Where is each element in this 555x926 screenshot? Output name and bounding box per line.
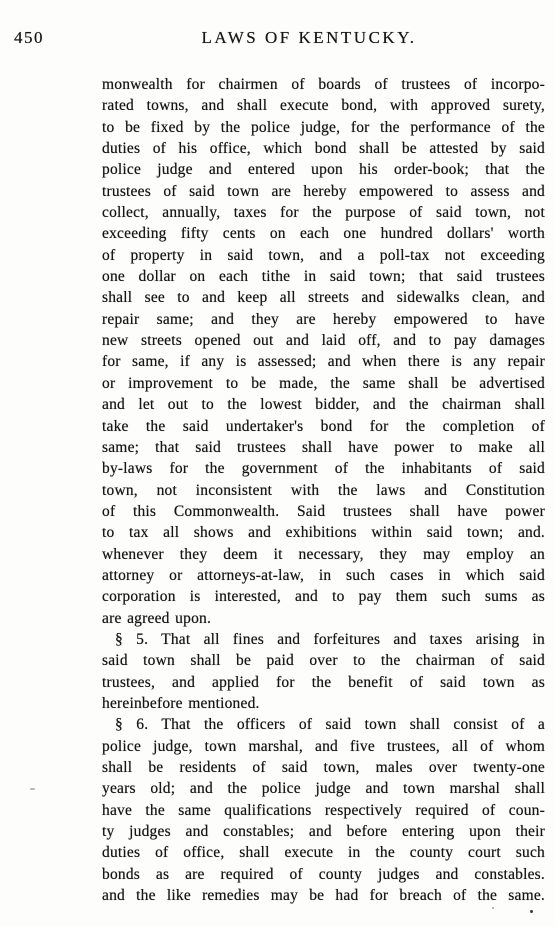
text-line: police judge, town marshal, and five tru…: [102, 736, 545, 757]
paragraph: monwealth for chairmen of boards of trus…: [102, 74, 545, 629]
text-line: are agreed upon.: [102, 608, 545, 629]
text-line: trustees of said town are hereby empower…: [102, 181, 545, 202]
text-line: repair same; and they are hereby empower…: [102, 309, 545, 330]
text-line: § 5. That all fines and forfeitures and …: [102, 629, 545, 650]
text-line: police judge and entered upon his order-…: [102, 159, 545, 180]
text-line: hereinbefore mentioned.: [102, 693, 545, 714]
text-line: have the same qualifications respectivel…: [102, 800, 545, 821]
text-line: bonds as are required of county judges a…: [102, 864, 545, 885]
text-line: new streets opened out and laid off, and…: [102, 330, 545, 351]
text-line: to tax all shows and exhibitions within …: [102, 522, 545, 543]
paragraph-section-6: § 6. That the officers of said town shal…: [102, 714, 545, 906]
text-line: attorney or attorneys-at-law, in such ca…: [102, 565, 545, 586]
text-line: shall see to and keep all streets and si…: [102, 287, 545, 308]
text-line: to be fixed by the police judge, for the…: [102, 117, 545, 138]
text-line: of property in said town, and a poll-tax…: [102, 245, 545, 266]
scanned-page: 450 LAWS OF KENTUCKY. monwealth for chai…: [0, 0, 555, 926]
text-line: years old; and the police judge and town…: [102, 778, 545, 799]
text-line: and the like remedies may be had for bre…: [102, 885, 545, 906]
text-line: monwealth for chairmen of boards of trus…: [102, 74, 545, 95]
text-line: by-laws for the government of the inhabi…: [102, 458, 545, 479]
body-text: monwealth for chairmen of boards of trus…: [102, 74, 545, 906]
text-line: rated towns, and shall execute bond, wit…: [102, 95, 545, 116]
text-line: one dollar on each tithe in said town; t…: [102, 266, 545, 287]
text-line: duties of office, shall execute in the c…: [102, 842, 545, 863]
text-line: ty judges and constables; and before ent…: [102, 821, 545, 842]
text-line: corporation is interested, and to pay th…: [102, 586, 545, 607]
text-line: exceeding fifty cents on each one hundre…: [102, 223, 545, 244]
text-line: take the said undertaker's bond for the …: [102, 416, 545, 437]
text-line: trustees, and applied for the benefit of…: [102, 672, 545, 693]
text-line: whenever they deem it necessary, they ma…: [102, 544, 545, 565]
text-line: or improvement to be made, the same shal…: [102, 373, 545, 394]
page-number: 450: [14, 28, 44, 48]
text-line: § 6. That the officers of said town shal…: [102, 714, 545, 735]
text-line: town, not inconsistent with the laws and…: [102, 480, 545, 501]
scan-speck: [492, 907, 494, 909]
text-line: of this Commonwealth. Said trustees shal…: [102, 501, 545, 522]
running-title: LAWS OF KENTUCKY.: [201, 28, 416, 48]
text-line: said town shall be paid over to the chai…: [102, 650, 545, 671]
text-line: shall be residents of said town, males o…: [102, 757, 545, 778]
running-header: 450 LAWS OF KENTUCKY.: [0, 28, 555, 50]
scan-speck: [30, 788, 35, 790]
text-line: duties of his office, which bond shall b…: [102, 138, 545, 159]
text-line: for same, if any is assessed; and when t…: [102, 351, 545, 372]
text-line: collect, annually, taxes for the purpose…: [102, 202, 545, 223]
text-line: same; that said trustees shall have powe…: [102, 437, 545, 458]
paragraph-section-5: § 5. That all fines and forfeitures and …: [102, 629, 545, 714]
scan-speck: [530, 910, 533, 913]
text-line: and let out to the lowest bidder, and th…: [102, 394, 545, 415]
